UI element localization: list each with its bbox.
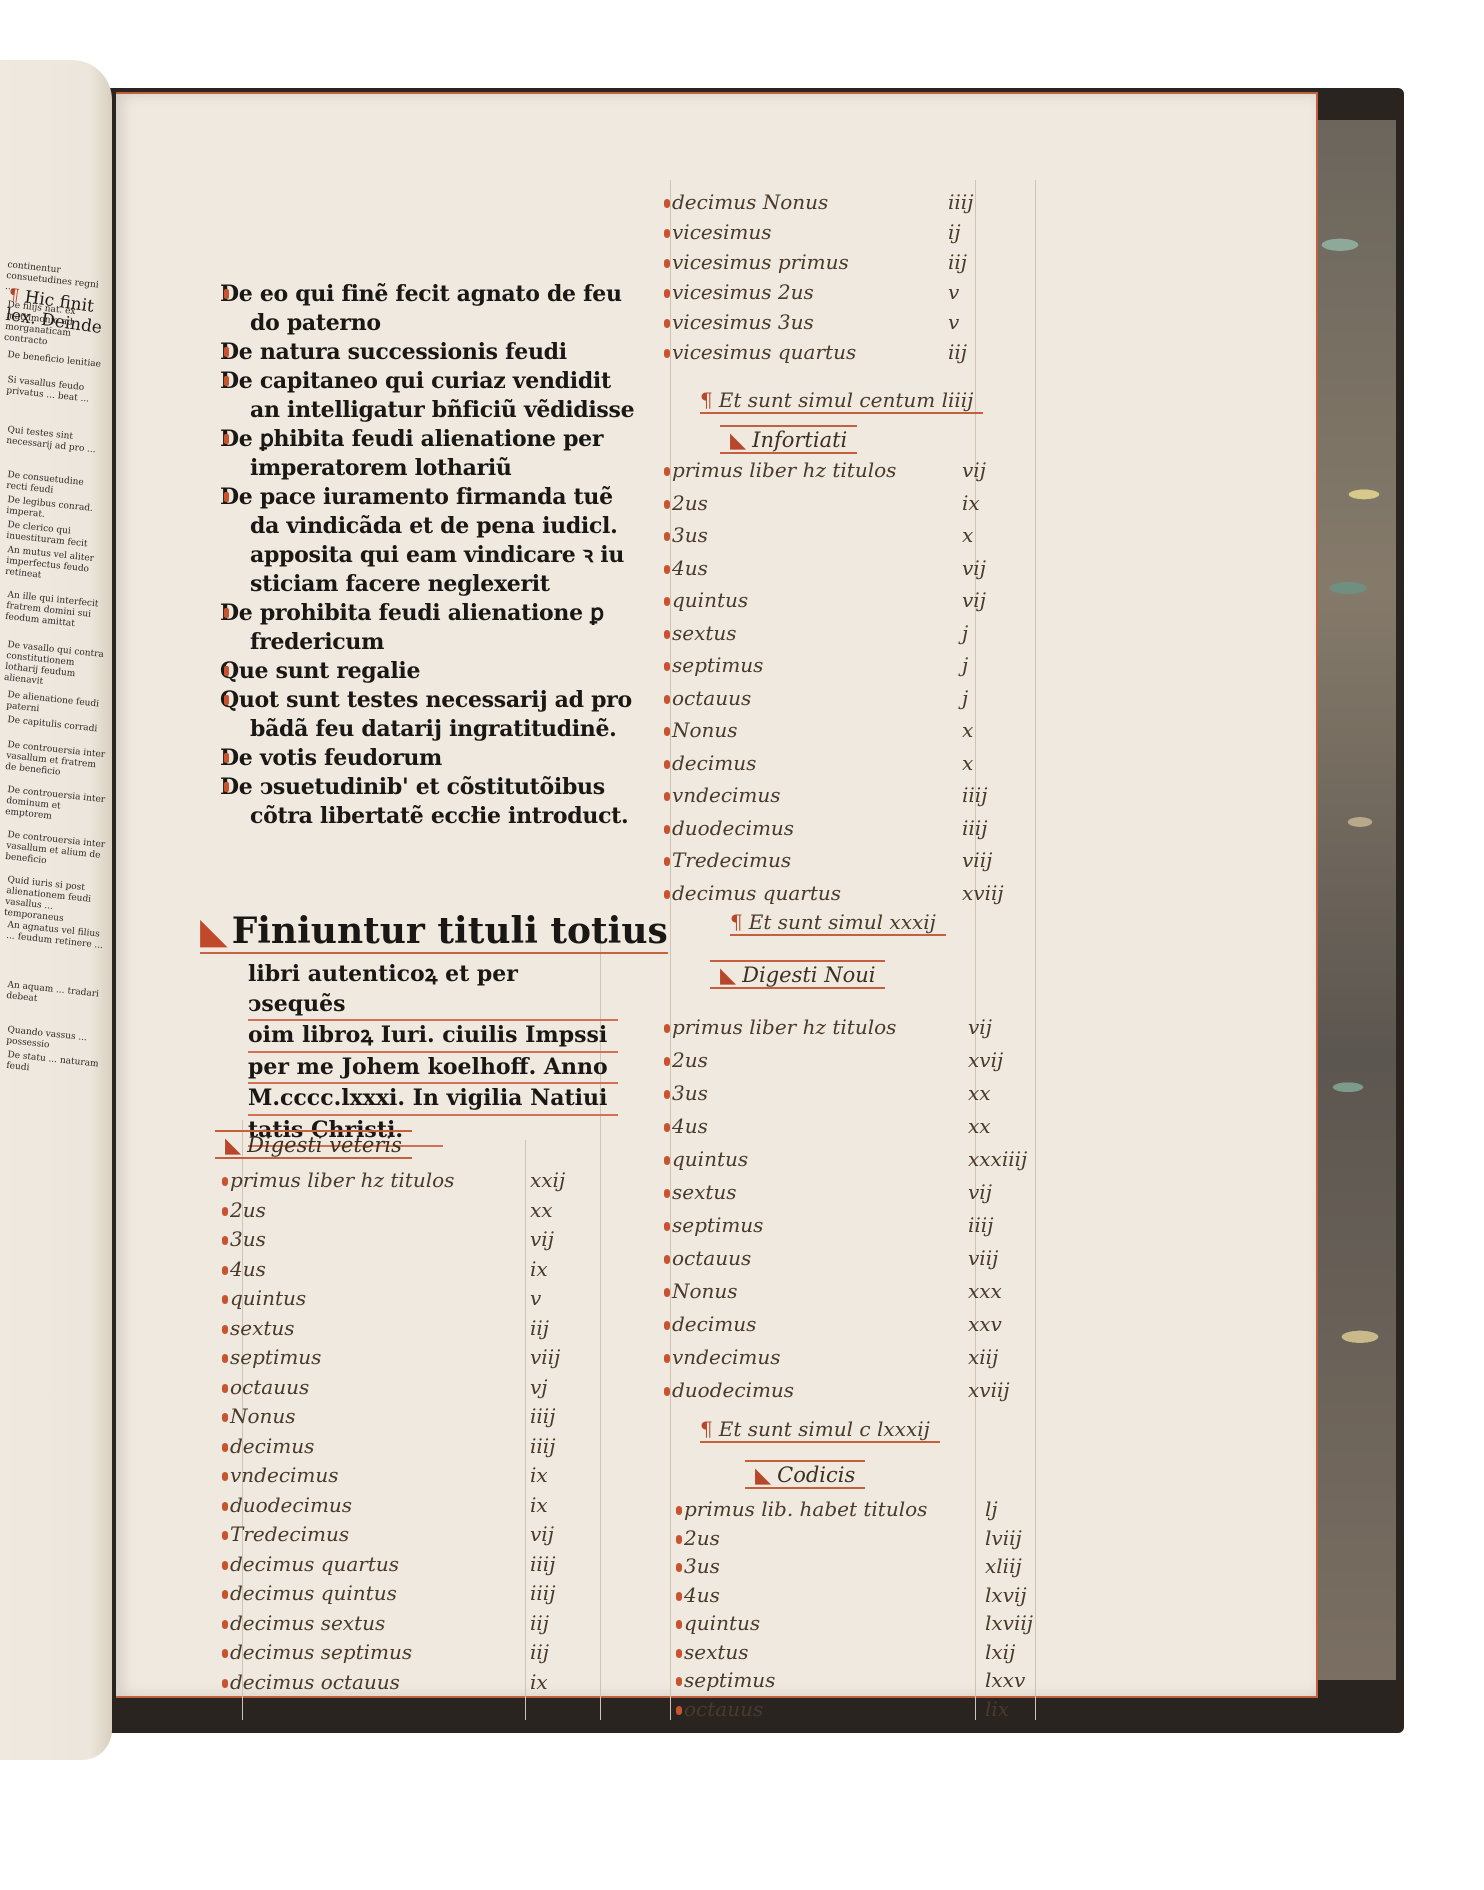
section-total: ¶Et sunt simul centum liiij [700,388,983,414]
ms-entry-count: iiij [530,1552,555,1576]
rubric-dot-icon [676,1677,682,1686]
left-page-leaf: ¶ Hic finit lex. Deinde continentur cons… [0,60,112,1760]
ms-entry-count: lj [985,1497,998,1521]
section-total: ¶Et sunt simul xxxij [730,910,946,936]
ms-entry-label: vndecimus [222,1463,339,1487]
ruling-line [525,1140,526,1720]
ms-entry-count: ix [530,1670,548,1694]
ms-entry-count: ix [530,1257,548,1281]
rubric-dot-icon [222,1295,228,1304]
rubric-dot-icon [664,857,670,866]
ms-entry-label: quintus [664,1147,748,1171]
ms-entry-count: iiij [962,783,987,807]
rubric-dot-icon [664,532,670,541]
ms-entry-count: xxx [968,1279,1002,1303]
ms-entry-label: 4us [664,556,708,580]
colophon-line: libri autenticoꝝ et per ↄsequẽs [248,960,618,1021]
left-page-entry: An mutus vel aliter imperfectus feudo re… [5,545,108,588]
ms-entry-label: septimus [676,1668,775,1692]
ms-entry-count: iiij [530,1434,555,1458]
ms-entry-label: decimus quartus [664,881,841,905]
colophon-line: oim libroꝝ Iuri. ciuilis Impssi [248,1021,618,1053]
rubric-dot-icon [664,630,670,639]
rubric-dot-icon [222,1561,228,1570]
ms-entry-count: xx [968,1081,991,1105]
rubric-dot-icon [664,1189,670,1198]
title-entry: De ↄsuetudinib' et cõstitutõibus [220,773,640,802]
ms-entry-count: lix [985,1697,1009,1721]
ms-entry-count: iij [530,1611,549,1635]
ms-entry-count: lxij [985,1640,1015,1664]
colophon-line: per me Johem koelhoff. Anno [248,1053,618,1085]
title-entry-continuation: do paterno [220,309,640,338]
ms-entry-count: iiij [948,190,973,214]
left-page-entry: De controuersia inter vasallum et fratre… [5,740,108,783]
ms-entry-label: vndecimus [664,783,781,807]
ms-entry-count: xviij [968,1378,1010,1402]
ms-entry-label: sextus [664,621,737,645]
rubric-dot-icon [664,1255,670,1264]
ms-entry-label: duodecimus [664,816,794,840]
paragraph-mark-icon: ¶ [700,388,713,412]
rubric-dot-icon [222,1384,228,1393]
ms-entry-count: vij [530,1522,554,1546]
ms-entry-label: vicesimus 2us [664,280,814,304]
rubric-dot-icon [664,1057,670,1066]
title-entry-continuation: sticiam facere neglexerit [220,570,640,599]
ms-entry-label: octauus [664,686,751,710]
ms-entry-count: iiij [968,1213,993,1237]
rubric-dot-icon [222,1354,228,1363]
ms-entry-label: septimus [664,1213,763,1237]
ms-entry-count: iij [948,340,967,364]
rubric-mark-icon: ◣ [200,910,228,952]
ms-entry-count: ij [948,220,961,244]
colophon-line: M.cccc.lxxxi. In vigilia Natiui [248,1084,618,1116]
rubric-dot-icon [664,349,670,358]
rubric-mark-icon: ◣ [730,427,746,452]
rubric-dot-icon [664,565,670,574]
ms-entry-count: xvij [968,1048,1003,1072]
ms-entry-label: 4us [664,1114,708,1138]
ms-entry-label: vndecimus [664,1345,781,1369]
rubric-dot-icon [664,1222,670,1231]
title-entry: De natura successionis feudi [220,338,640,367]
rubric-dot-icon [676,1592,682,1601]
title-entry-continuation: imperatorem lothariũ [220,454,640,483]
marbled-endpaper [1316,120,1396,1680]
ms-entry-label: duodecimus [664,1378,794,1402]
ms-entry-count: v [948,310,959,334]
left-page-entry: An aquam ... tradari debeat [6,980,108,1012]
ms-entry-count: x [962,718,973,742]
ms-entry-label: septimus [664,653,763,677]
ms-entry-count: j [962,621,968,645]
ms-entry-label: 2us [664,1048,708,1072]
ms-entry-count: lviij [985,1526,1022,1550]
ms-entry-label: 4us [676,1583,720,1607]
ms-entry-count: iij [948,250,967,274]
ms-entry-label: vicesimus primus [664,250,849,274]
title-entry-continuation: cõtra libertatẽ eccłie introduct. [220,802,640,831]
title-entry: Quot sunt testes necessarĳ ad pro [220,686,640,715]
ms-entry-label: octauus [676,1697,763,1721]
rubric-dot-icon [664,825,670,834]
ms-entry-label: primus liber hz titulos [664,458,896,482]
ms-entry-label: 3us [664,1081,708,1105]
ms-entry-count: vij [962,588,986,612]
left-page-entry: De controuersia inter dominum et emptore… [5,785,108,828]
title-entry: De eo qui finẽ fecit agnato de feu [220,280,640,309]
rubric-dot-icon [222,1472,228,1481]
ms-entry-count: xx [968,1114,991,1138]
ms-entry-label: quintus [222,1286,306,1310]
title-entry: De votis feudorum [220,744,640,773]
ms-entry-label: Nonus [664,718,738,742]
colophon: libri autenticoꝝ et per ↄsequẽs oim libr… [248,960,618,1147]
ms-entry-count: xxij [530,1168,565,1192]
ms-entry-count: j [962,686,968,710]
rubric-dot-icon [664,1156,670,1165]
rubric-dot-icon [664,890,670,899]
ruling-line [1035,180,1036,1720]
rubric-dot-icon [222,1649,228,1658]
rubric-dot-icon [676,1706,682,1715]
rubric-dot-icon [664,1024,670,1033]
ms-entry-label: decimus [222,1434,314,1458]
rubric-dot-icon [222,1531,228,1540]
ms-entry-label: quintus [664,588,748,612]
rubric-dot-icon [664,229,670,238]
rubric-dot-icon [676,1535,682,1544]
section-total: ¶Et sunt simul c lxxxij [700,1417,940,1443]
ms-entry-count: iiij [530,1581,555,1605]
ms-entry-label: primus liber hz titulos [664,1015,896,1039]
rubric-dot-icon [222,1266,228,1275]
rubric-dot-icon [664,662,670,671]
ms-entry-label: Nonus [222,1404,296,1428]
ms-entry-label: 2us [676,1526,720,1550]
rubric-dot-icon [222,1502,228,1511]
rubric-dot-icon [664,467,670,476]
title-entry: De capitaneo qui curiaz vendidit [220,367,640,396]
ms-entry-label: Nonus [664,1279,738,1303]
rubric-dot-icon [222,1207,228,1216]
section-heading: ◣Digesti Noui [710,960,885,989]
ms-entry-count: lxvij [985,1583,1027,1607]
rubric-dot-icon [664,500,670,509]
rubric-dot-icon [664,199,670,208]
ms-entry-label: Tredecimus [222,1522,349,1546]
rubric-dot-icon [664,1321,670,1330]
ruling-line [670,180,671,1720]
left-page-entry: De controuersia inter vasallum et alium … [5,830,108,873]
rubric-dot-icon [222,1325,228,1334]
rubric-dot-icon [664,289,670,298]
rubric-mark-icon: ◣ [225,1132,241,1157]
ms-entry-label: octauus [222,1375,309,1399]
ms-entry-label: 3us [676,1554,720,1578]
ms-entry-label: vicesimus 3us [664,310,814,334]
left-page-entry: Qui testes sint necessarij ad pro ... [6,425,108,457]
ms-entry-count: viij [962,848,992,872]
ms-entry-count: vij [530,1227,554,1251]
ms-entry-count: x [962,751,973,775]
ms-entry-label: decimus Nonus [664,190,828,214]
ms-entry-label: decimus sextus [222,1611,385,1635]
title-entry-continuation: an intelligatur bñficiũ vẽdidisse [220,396,640,425]
rubric-dot-icon [676,1620,682,1629]
ms-entry-label: vicesimus quartus [664,340,856,364]
ms-entry-label: septimus [222,1345,321,1369]
rubric-dot-icon [222,1679,228,1688]
ms-entry-label: decimus quartus [222,1552,399,1576]
rubric-dot-icon [676,1649,682,1658]
title-entry: De prohibita feudi alienatione ꝑ [220,599,640,628]
ms-entry-label: sextus [676,1640,749,1664]
ms-entry-count: xviij [962,881,1004,905]
left-page-entry: De vasallo qui contra constitutionem lot… [3,640,107,694]
ms-entry-count: xx [530,1198,553,1222]
ms-entry-count: v [948,280,959,304]
title-entry-continuation: apposita qui eam vindicare ꝛ iu [220,541,640,570]
ms-entry-count: vj [530,1375,548,1399]
ms-entry-count: vij [968,1180,992,1204]
title-entry-continuation: fredericum [220,628,640,657]
ms-entry-count: iiij [530,1404,555,1428]
rubric-dot-icon [222,1236,228,1245]
title-entry: De pace iuramento firmanda tuẽ [220,483,640,512]
rubric-dot-icon [664,727,670,736]
rubric-dot-icon [664,1288,670,1297]
paragraph-mark-icon: ¶ [730,910,743,934]
rubric-dot-icon [676,1506,682,1515]
rubric-dot-icon [664,1354,670,1363]
rubric-mark-icon: ◣ [720,962,736,987]
ms-entry-label: decimus [664,1312,756,1336]
ms-entry-label: sextus [222,1316,295,1340]
section-heading: ◣Infortiati [720,425,857,454]
ms-entry-label: 2us [222,1198,266,1222]
section-heading: ◣Digesti veteris [215,1130,412,1159]
rubric-dot-icon [664,259,670,268]
title-entry: Que sunt regalie [220,657,640,686]
ms-entry-label: octauus [664,1246,751,1270]
left-page-entry: De filijs nat. ex matrimonio ad morganat… [3,300,107,354]
ms-entry-count: xxv [968,1312,1002,1336]
ms-entry-label: vicesimus [664,220,772,244]
ms-entry-label: decimus [664,751,756,775]
title-entry-continuation: bãdã feu datarĳ ingratitudinẽ. [220,715,640,744]
rubric-dot-icon [664,792,670,801]
printed-title-list: De eo qui finẽ fecit agnato de feu do pa… [220,280,640,831]
ms-entry-label: Tredecimus [664,848,791,872]
ms-entry-count: viij [968,1246,998,1270]
ms-entry-count: lxxv [985,1668,1025,1692]
colophon-title: ◣Finiuntur tituli totius [200,910,668,954]
rubric-dot-icon [664,319,670,328]
ms-entry-count: iij [530,1316,549,1340]
rubric-dot-icon [664,1090,670,1099]
rubric-dot-icon [676,1563,682,1572]
ms-entry-count: ix [530,1493,548,1517]
title-entry: De ꝑhibita feudi alienatione per [220,425,640,454]
ms-entry-label: 4us [222,1257,266,1281]
ms-entry-count: vij [968,1015,992,1039]
ms-entry-count: xxxiiij [968,1147,1027,1171]
ms-entry-count: ix [530,1463,548,1487]
rubric-dot-icon [222,1177,228,1186]
ms-entry-label: primus liber hz titulos [222,1168,454,1192]
rubric-dot-icon [664,597,670,606]
ms-entry-count: ix [962,491,980,515]
rubric-dot-icon [222,1620,228,1629]
ms-entry-label: 2us [664,491,708,515]
ms-entry-label: 3us [664,523,708,547]
ms-entry-count: iiij [962,816,987,840]
ms-entry-count: iij [530,1640,549,1664]
ms-entry-label: decimus septimus [222,1640,412,1664]
ms-entry-count: lxviij [985,1611,1033,1635]
title-entry-continuation: da vindicãda et de pena iudicl. [220,512,640,541]
ms-entry-label: quintus [676,1611,760,1635]
ms-entry-count: viij [530,1345,560,1369]
section-heading: ◣Codicis [745,1460,865,1489]
rubric-mark-icon: ◣ [755,1462,771,1487]
rubric-dot-icon [664,1387,670,1396]
ms-entry-count: vij [962,556,986,580]
rubric-dot-icon [664,695,670,704]
rubric-dot-icon [664,760,670,769]
ms-entry-count: vij [962,458,986,482]
ms-entry-label: 3us [222,1227,266,1251]
ms-entry-label: decimus quintus [222,1581,397,1605]
rubric-dot-icon [222,1443,228,1452]
ms-entry-label: duodecimus [222,1493,352,1517]
ms-entry-label: decimus octauus [222,1670,400,1694]
rubric-dot-icon [222,1413,228,1422]
paragraph-mark-icon: ¶ [700,1417,713,1441]
ms-entry-count: x [962,523,973,547]
left-page-entry: An ille qui interfecit fratrem domini su… [5,590,108,633]
ms-entry-count: v [530,1286,541,1310]
ms-entry-count: xiij [968,1345,998,1369]
rubric-dot-icon [664,1123,670,1132]
ms-entry-label: primus lib. habet titulos [676,1497,927,1521]
ms-entry-count: xliij [985,1554,1022,1578]
rubric-dot-icon [222,1590,228,1599]
left-page-entry: Si vasallus feudo privatus ... beat ... [6,375,108,407]
ms-entry-label: sextus [664,1180,737,1204]
ms-entry-count: j [962,653,968,677]
